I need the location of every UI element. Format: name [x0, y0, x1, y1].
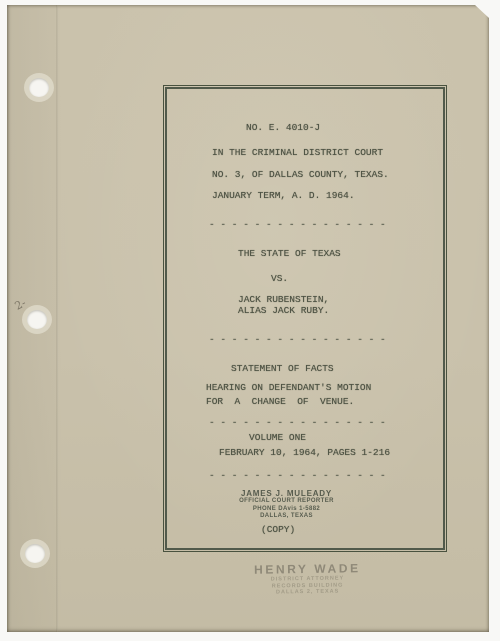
reporter-city: DALLAS, TEXAS — [189, 513, 384, 521]
plaintiff-line: THE STATE OF TEXAS — [238, 248, 341, 259]
date-pages-line: FEBRUARY 10, 1964, PAGES 1-216 — [219, 447, 390, 458]
double-rule-border: NO. E. 4010-J IN THE CRIMINAL DISTRICT C… — [163, 85, 447, 552]
reporter-block: JAMES J. MULEADY OFFICIAL COURT REPORTER… — [189, 489, 384, 521]
document-title-line: STATEMENT OF FACTS — [231, 363, 334, 374]
scan-background: { "page": { "paper_color": "#c9c1ab", "i… — [0, 0, 500, 641]
divider-line: - - - - - - - - - - - - - - - - — [209, 470, 386, 481]
stamp-line-4: DALLAS 2, TEXAS — [225, 588, 390, 597]
copy-label: (COPY) — [261, 524, 295, 535]
volume-line: VOLUME ONE — [249, 432, 306, 443]
reporter-name: JAMES J. MULEADY — [189, 489, 384, 498]
divider-line: - - - - - - - - - - - - - - - - — [209, 417, 386, 428]
subtitle-line-2: FOR A CHANGE OF VENUE. — [206, 396, 354, 407]
case-number-line: NO. E. 4010-J — [246, 122, 320, 133]
punch-hole-middle — [27, 310, 47, 329]
versus-line: VS. — [271, 273, 288, 284]
divider-line: - - - - - - - - - - - - - - - - — [209, 334, 386, 345]
court-line-3: JANUARY TERM, A. D. 1964. — [212, 190, 355, 201]
punch-hole-bottom — [25, 544, 45, 563]
divider-line: - - - - - - - - - - - - - - - - — [209, 219, 386, 230]
wade-stamp: HENRY WADE DISTRICT ATTORNEY RECORDS BUI… — [225, 562, 390, 597]
paper-sheet: 2- NO. E. 4010-J IN THE CRIMINAL DISTRIC… — [7, 5, 489, 632]
defendant-line-1: JACK RUBENSTEIN, — [238, 294, 329, 305]
pencil-note: 2- — [13, 296, 29, 313]
punch-hole-top — [29, 78, 49, 97]
reporter-title: OFFICIAL COURT REPORTER — [189, 498, 384, 506]
court-line-1: IN THE CRIMINAL DISTRICT COURT — [212, 147, 383, 158]
defendant-line-2: ALIAS JACK RUBY. — [238, 305, 329, 316]
subtitle-line-1: HEARING ON DEFENDANT'S MOTION — [206, 382, 371, 393]
reporter-phone: PHONE DAvis 1-5882 — [189, 506, 384, 514]
court-line-2: NO. 3, OF DALLAS COUNTY, TEXAS. — [212, 169, 389, 180]
crease-line — [56, 5, 58, 632]
